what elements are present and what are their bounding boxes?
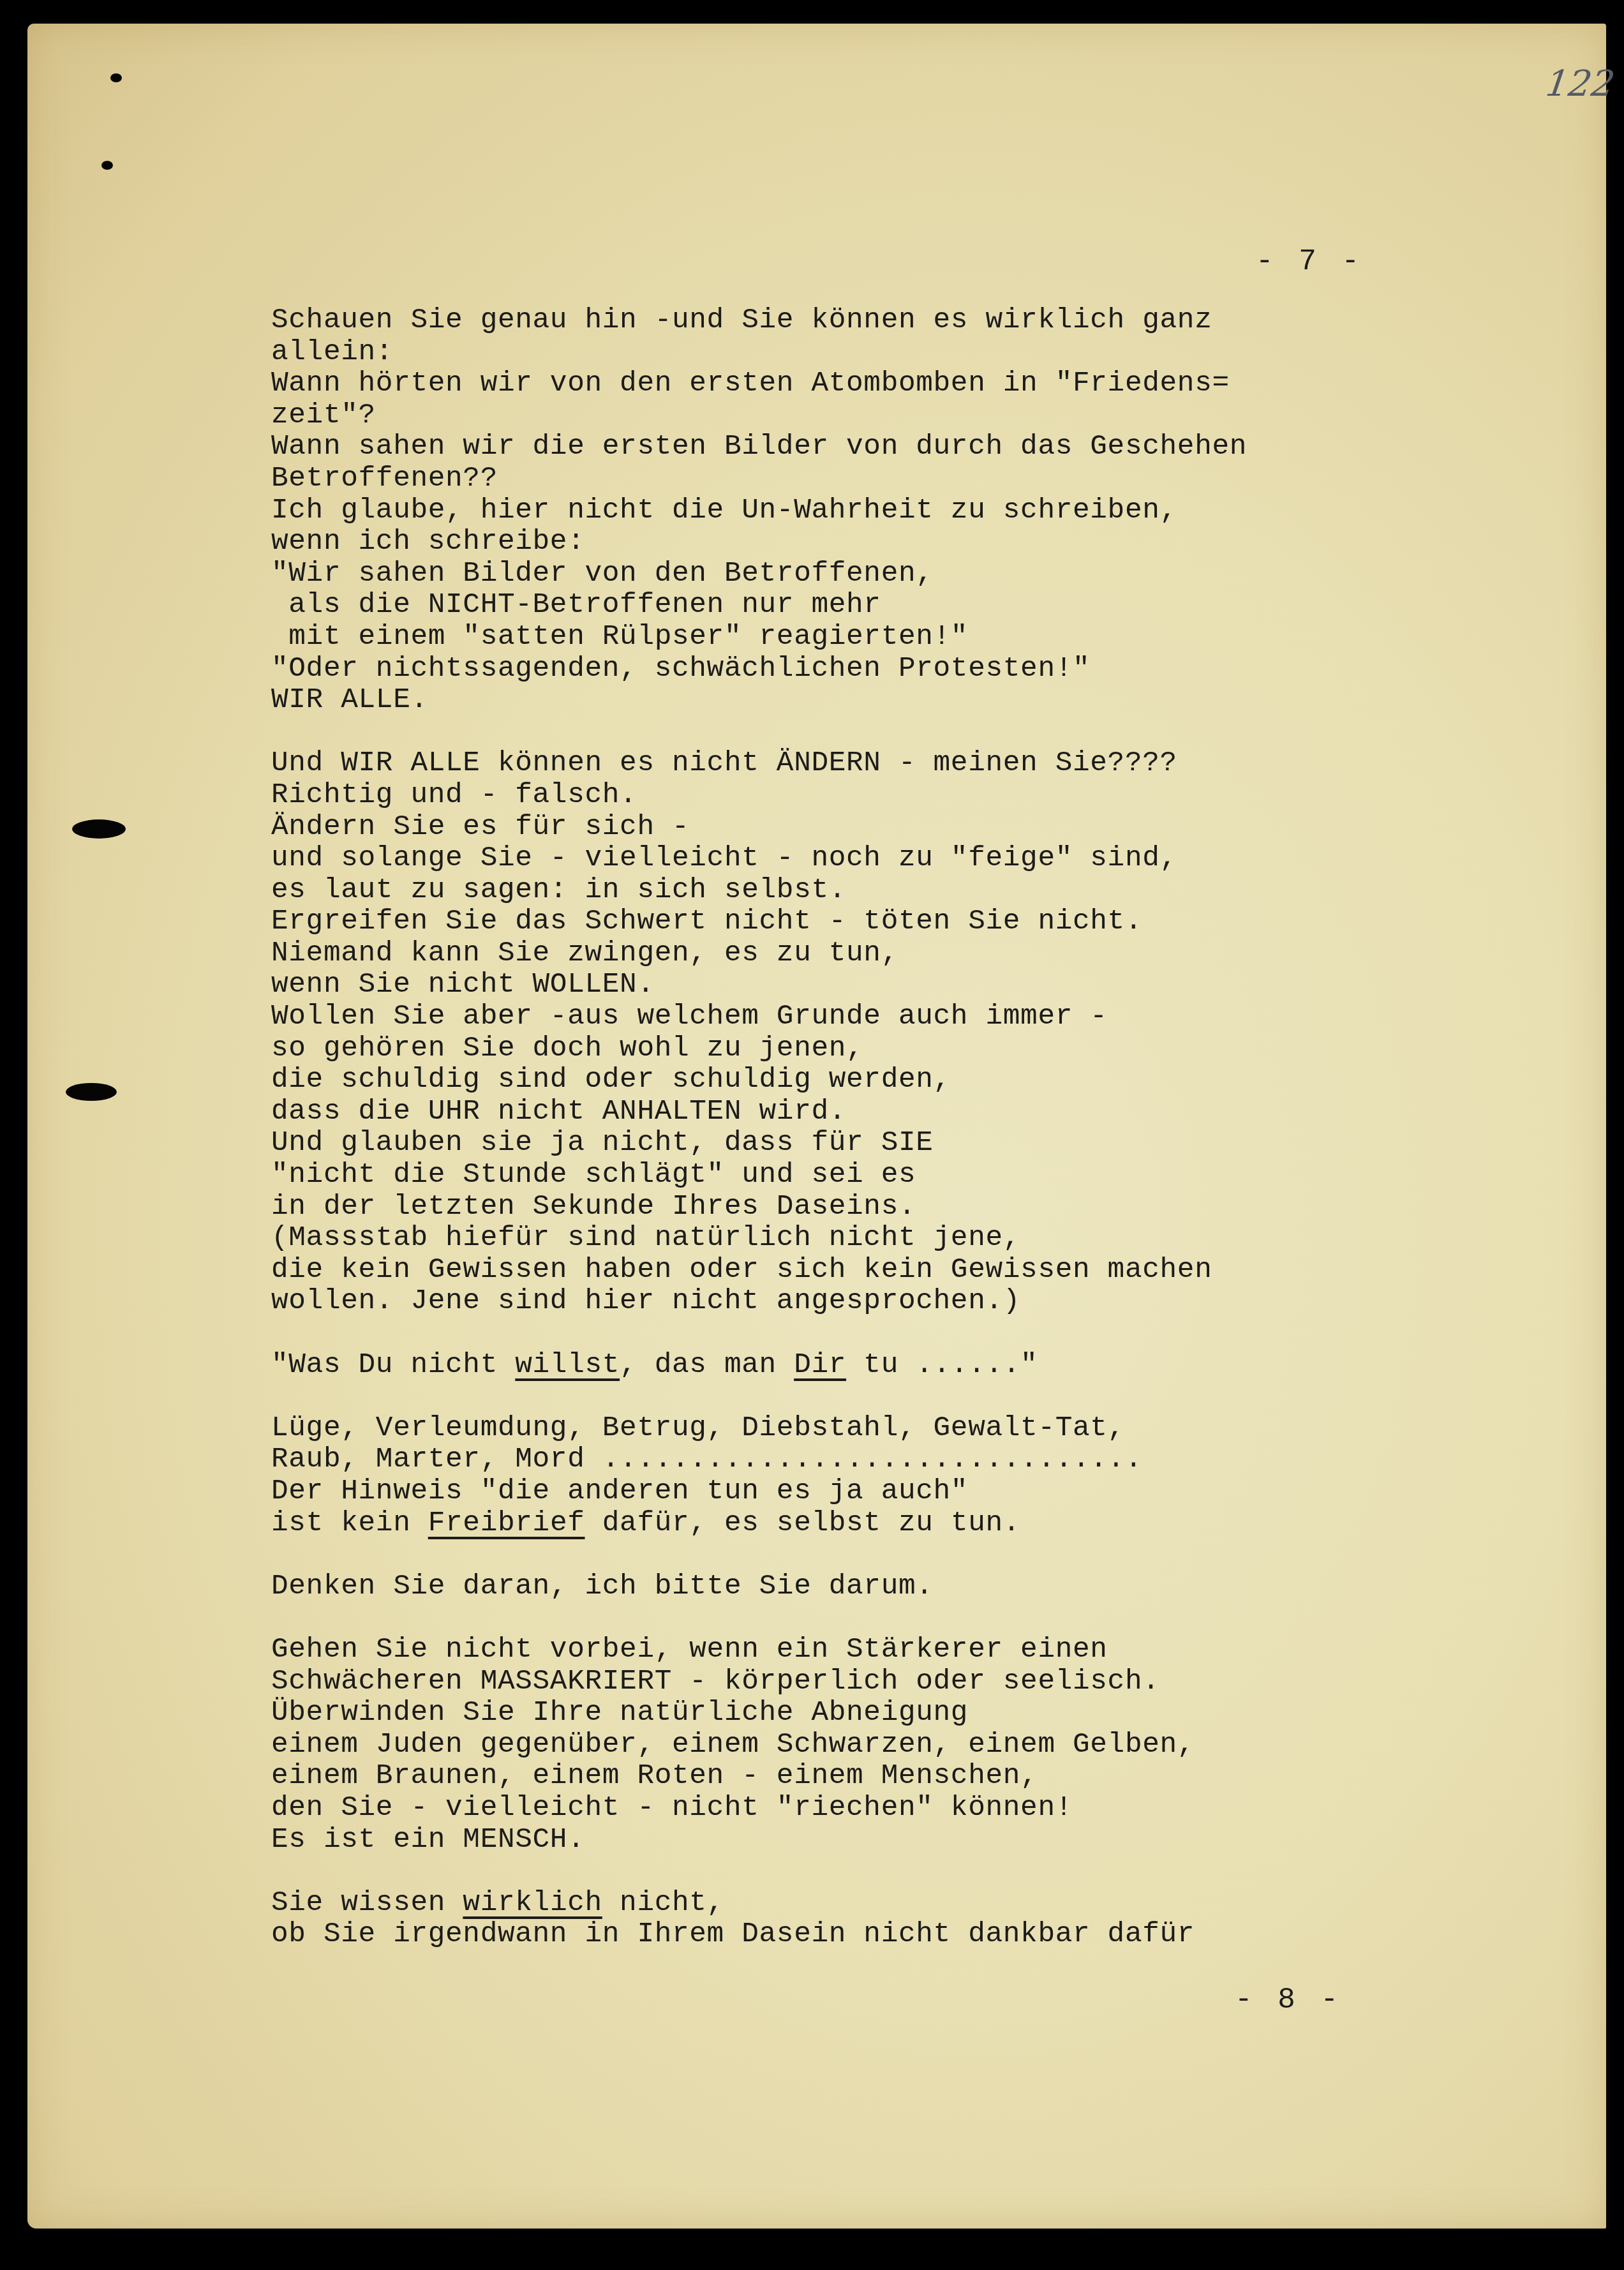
text-line: Ergreifen Sie das Schwert nicht - töten … [271,906,1420,938]
text-line: Richtig und - falsch. [271,780,1420,812]
text-line: Niemand kann Sie zwingen, es zu tun, [271,938,1420,970]
punch-hole-top [72,819,126,839]
page-number-bottom: - 8 - [1235,1983,1342,2017]
punch-hole-bottom [66,1083,117,1101]
text-line: die schuldig sind oder schuldig werden, [271,1064,1420,1096]
text-line: die kein Gewissen haben oder sich kein G… [271,1255,1420,1287]
text-line: so gehören Sie doch wohl zu jenen, [271,1033,1420,1065]
text-line: Wollen Sie aber -aus welchem Grunde auch… [271,1001,1420,1033]
text-line: "Wir sahen Bilder von den Betroffenen, [271,558,1420,590]
text-run: "Was Du nicht [271,1349,515,1381]
text-line: einem Juden gegenüber, einem Schwarzen, … [271,1729,1420,1761]
text-line: Schwächeren MASSAKRIERT - körperlich ode… [271,1666,1420,1698]
text-run: Sie wissen [271,1887,463,1919]
text-line: ob Sie irgendwann in Ihrem Dasein nicht … [271,1919,1420,1951]
text-run: tu ......" [846,1349,1038,1381]
text-line: wenn ich schreibe: [271,526,1420,558]
text-line: (Massstab hiefür sind natürlich nicht je… [271,1223,1420,1255]
text-line: in der letzten Sekunde Ihres Daseins. [271,1191,1420,1223]
punch-hole-small-bottom [101,161,113,170]
text-line: Der Hinweis "die anderen tun es ja auch" [271,1476,1420,1508]
text-line: wenn Sie nicht WOLLEN. [271,969,1420,1001]
text-line [271,1856,1420,1888]
text-line: Raub, Marter, Mord .....................… [271,1444,1420,1476]
text-run: nicht, [602,1887,724,1919]
text-line: Sie wissen wirklich nicht, [271,1888,1420,1920]
text-line: es laut zu sagen: in sich selbst. [271,875,1420,907]
text-line: Lüge, Verleumdung, Betrug, Diebstahl, Ge… [271,1413,1420,1445]
text-line: Ich glaube, hier nicht die Un-Wahrheit z… [271,495,1420,527]
text-line: Überwinden Sie Ihre natürliche Abneigung [271,1698,1420,1729]
text-line: Betroffenen?? [271,463,1420,495]
text-line: Schauen Sie genau hin -und Sie können es… [271,305,1420,337]
text-line: einem Braunen, einem Roten - einem Mensc… [271,1761,1420,1793]
punch-hole-small-top [110,73,122,82]
text-run: , das man [620,1349,794,1381]
document-body-text: Schauen Sie genau hin -und Sie können es… [271,305,1420,1951]
text-line: Wann sahen wir die ersten Bilder von dur… [271,431,1420,463]
text-line: Es ist ein MENSCH. [271,1825,1420,1856]
text-line: WIR ALLE. [271,685,1420,717]
text-line: Und WIR ALLE können es nicht ÄNDERN - me… [271,748,1420,780]
text-line: dass die UHR nicht ANHALTEN wird. [271,1096,1420,1128]
archive-folio-number: 122 [1543,63,1617,105]
text-line: und solange Sie - vielleicht - noch zu "… [271,843,1420,875]
text-run: ist kein [271,1507,428,1539]
text-line: mit einem "satten Rülpser" reagierten!" [271,622,1420,653]
text-line: Wann hörten wir von den ersten Atombombe… [271,368,1420,400]
text-line: als die NICHT-Betroffenen nur mehr [271,590,1420,622]
text-line [271,1318,1420,1350]
text-line [271,1602,1420,1634]
text-line: Ändern Sie es für sich - [271,812,1420,844]
text-line [271,717,1420,749]
text-line: den Sie - vielleicht - nicht "riechen" k… [271,1793,1420,1825]
text-line: ist kein Freibrief dafür, es selbst zu t… [271,1508,1420,1540]
underlined-word: willst [515,1349,620,1381]
underlined-word: wirklich [463,1887,602,1919]
underlined-word: Dir [794,1349,846,1381]
text-line: "nicht die Stunde schlägt" und sei es [271,1160,1420,1191]
text-line: Gehen Sie nicht vorbei, wenn ein Stärker… [271,1634,1420,1666]
text-line: "Was Du nicht willst, das man Dir tu ...… [271,1350,1420,1382]
text-line: Denken Sie daran, ich bitte Sie darum. [271,1571,1420,1603]
text-line: zeit"? [271,400,1420,432]
text-line [271,1381,1420,1413]
text-line: "Oder nichtssagenden, schwächlichen Prot… [271,653,1420,685]
text-line: allein: [271,337,1420,369]
text-line: Und glauben sie ja nicht, dass für SIE [271,1128,1420,1160]
text-line [271,1539,1420,1571]
underlined-word: Freibrief [428,1507,585,1539]
text-run: dafür, es selbst zu tun. [585,1507,1021,1539]
text-line: wollen. Jene sind hier nicht angesproche… [271,1286,1420,1318]
page-number-top: - 7 - [1256,245,1363,278]
